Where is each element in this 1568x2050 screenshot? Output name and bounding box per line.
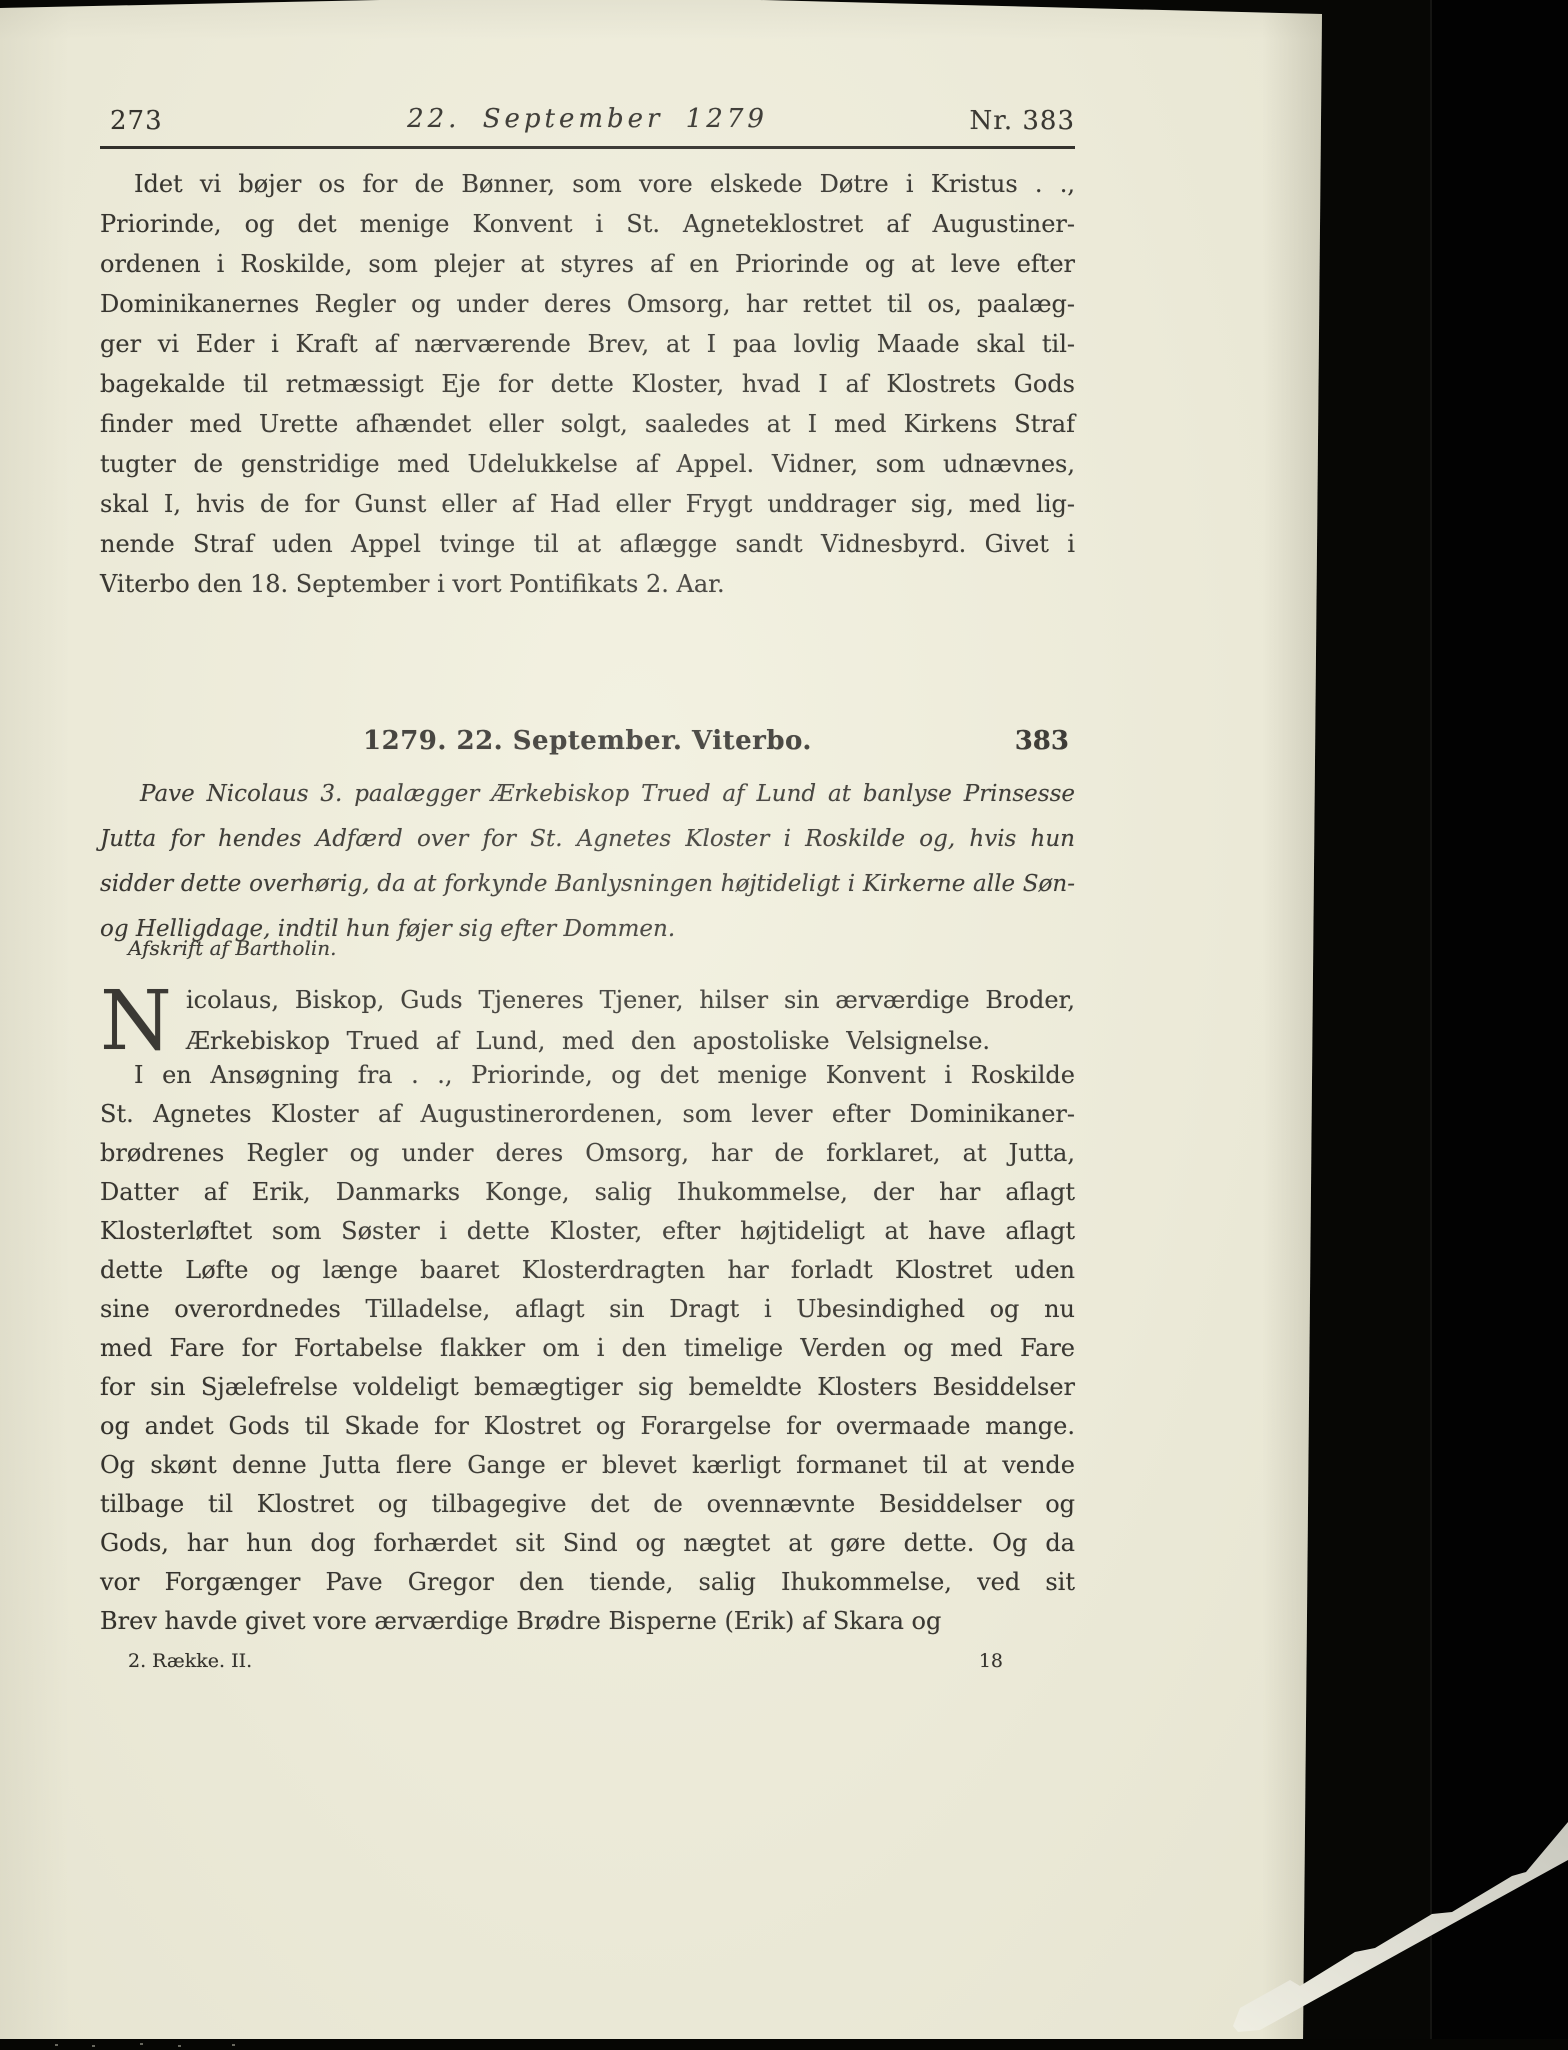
text-line: Datter af Erik, Danmarks Konge, salig Ih… (100, 1173, 1075, 1212)
page-stack-edge (1430, 0, 1432, 2050)
page-header: 273 22. September 1279 Nr. 383 (100, 104, 1075, 144)
text-line: ordenen i Roskilde, som plejer at styres… (100, 244, 1075, 284)
text-line: Jutta for hendes Adfærd over for St. Agn… (100, 817, 1075, 862)
text-column: 273 22. September 1279 Nr. 383 Idet vi b… (100, 0, 1075, 2050)
text-line: Brev havde givet vore ærværdige Brødre B… (100, 1602, 1075, 1641)
drop-cap-initial: N (100, 984, 172, 1060)
entry-summary: Pave Nicolaus 3. paalægger Ærkebiskop Tr… (100, 772, 1075, 952)
entry-heading: 1279. 22. September. Viterbo. 383 (100, 726, 1075, 762)
text-line: Viterbo den 18. September i vort Pontifi… (100, 564, 1075, 604)
text-line: vor Forgænger Pave Gregor den tiende, sa… (100, 1563, 1075, 1602)
scan-background: 273 22. September 1279 Nr. 383 Idet vi b… (0, 0, 1568, 2050)
text-line: sine overordnedes Tilladelse, aflagt sin… (100, 1290, 1075, 1329)
text-line: dette Løfte og længe baaret Klosterdragt… (100, 1251, 1075, 1290)
paper-sheet: 273 22. September 1279 Nr. 383 Idet vi b… (0, 0, 1322, 2050)
paragraph-previous-document-end: Idet vi bøjer os for de Bønner, som vore… (100, 164, 1075, 604)
text-line: Priorinde, og det menige Konvent i St. A… (100, 204, 1075, 244)
sheet-signature: 18 (979, 1650, 1003, 1672)
text-line: for sin Sjælefrelse voldeligt bemægtiger… (100, 1368, 1075, 1407)
document-body-paragraph: I en Ansøgning fra . ., Priorinde, og de… (100, 1056, 1075, 1641)
text-line: Gods, har hun dog forhærdet sit Sind og … (100, 1524, 1075, 1563)
text-line: Pave Nicolaus 3. paalægger Ærkebiskop Tr… (100, 772, 1075, 817)
text-line: tilbage til Klostret og tilbagegive det … (100, 1485, 1075, 1524)
text-line: finder med Urette afhændet eller solgt, … (100, 404, 1075, 444)
text-line: nende Straf uden Appel tvinge til at afl… (100, 524, 1075, 564)
dust-speck (92, 2045, 95, 2047)
text-line: tugter de genstridige med Udelukkelse af… (100, 444, 1075, 484)
header-rule (100, 146, 1075, 149)
source-note: Afskrift af Bartholin. (128, 936, 337, 960)
right-gutter (1432, 0, 1568, 2050)
page-curl (1150, 1780, 1568, 2050)
text-line: med Fare for Fortabelse flakker om i den… (100, 1329, 1075, 1368)
header-document-number: Nr. 383 (970, 106, 1075, 136)
entry-number: 383 (1015, 726, 1069, 756)
text-line: bagekalde til retmæssigt Eje for dette K… (100, 364, 1075, 404)
text-line: ger vi Eder i Kraft af nærværende Brev, … (100, 324, 1075, 364)
dust-speck (140, 2043, 143, 2045)
bottom-band (0, 2039, 1568, 2050)
text-line: Og skønt denne Jutta flere Gange er blev… (100, 1446, 1075, 1485)
salutation-lines: icolaus, Biskop, Guds Tjeneres Tjener, h… (100, 980, 1075, 1062)
text-line: I en Ansøgning fra . ., Priorinde, og de… (100, 1056, 1075, 1095)
page-footer: 2. Række. II. 18 (100, 1650, 1075, 1678)
text-line: Idet vi bøjer os for de Bønner, som vore… (100, 164, 1075, 204)
text-line: Klosterløftet som Søster i dette Kloster… (100, 1212, 1075, 1251)
text-line: brødrenes Regler og under deres Omsorg, … (100, 1134, 1075, 1173)
dust-speck (55, 2044, 58, 2046)
text-line: og andet Gods til Skade for Klostret og … (100, 1407, 1075, 1446)
text-line: St. Agnetes Kloster af Augustinerordenen… (100, 1095, 1075, 1134)
entry-date-heading: 1279. 22. September. Viterbo. (100, 726, 1075, 756)
dust-speck (232, 2044, 235, 2046)
dust-speck (178, 2045, 181, 2047)
text-line: Dominikanernes Regler og under deres Oms… (100, 284, 1075, 324)
text-line: sidder dette overhørig, da at forkynde B… (100, 862, 1075, 907)
text-line: skal I, hvis de for Gunst eller af Had e… (100, 484, 1075, 524)
text-line: icolaus, Biskop, Guds Tjeneres Tjener, h… (100, 980, 1075, 1021)
series-label: 2. Række. II. (128, 1650, 252, 1672)
salutation-paragraph: N icolaus, Biskop, Guds Tjeneres Tjener,… (100, 980, 1075, 1062)
running-title: 22. September 1279 (100, 104, 1075, 134)
